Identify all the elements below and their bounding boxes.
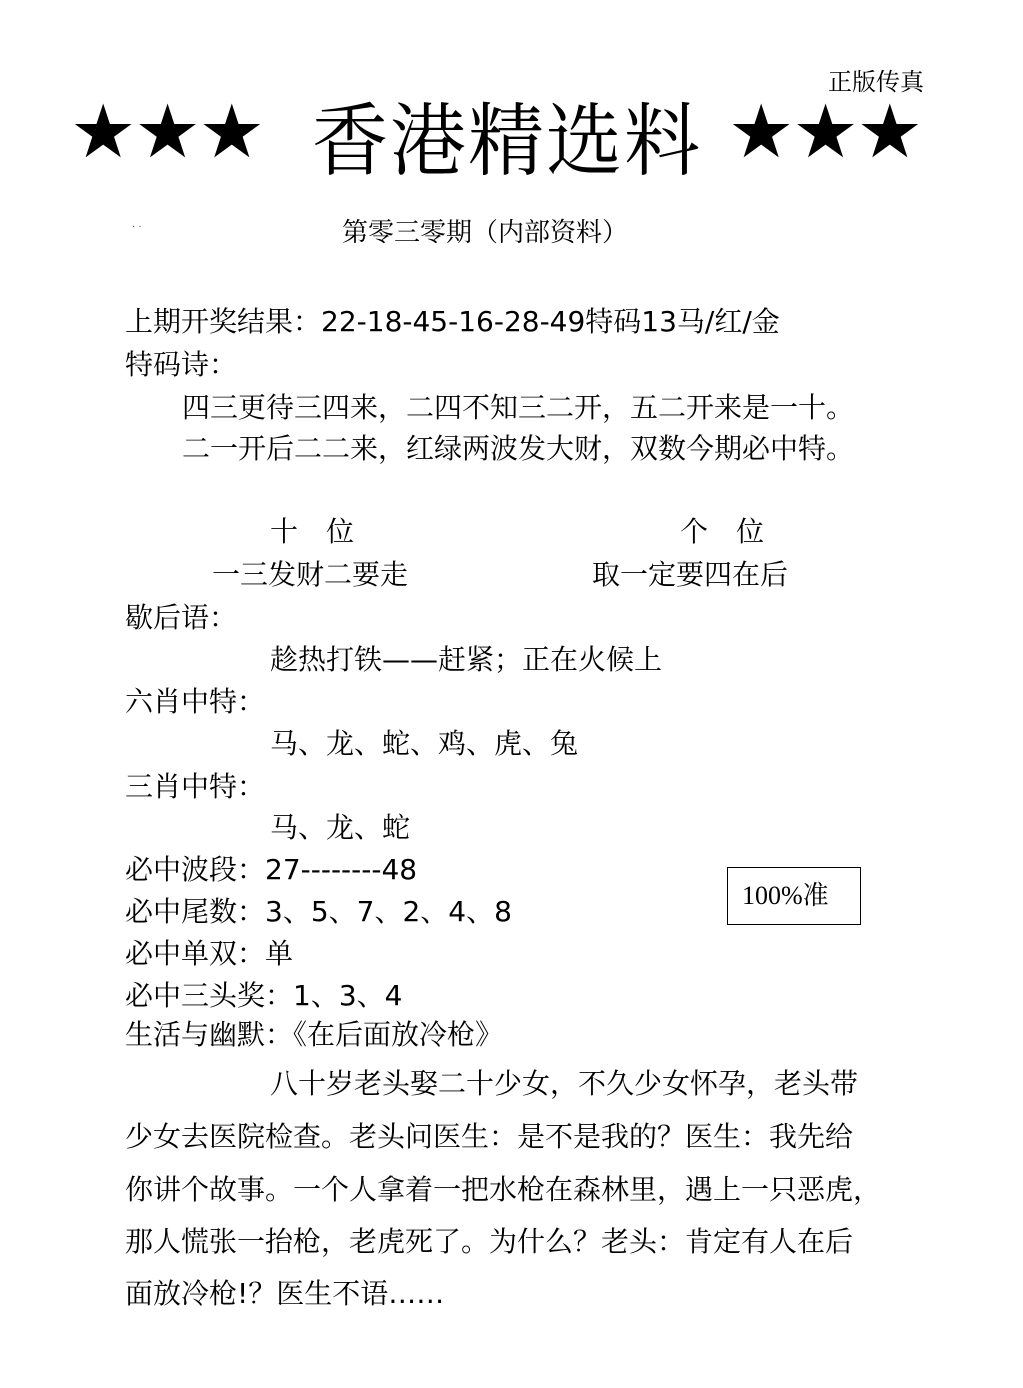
decorative-dots: · · <box>132 222 142 233</box>
poem-label: 特码诗： <box>125 348 237 382</box>
page-title: 香港精选料 <box>312 97 702 185</box>
accuracy-badge: 100%准 <box>727 867 861 925</box>
pick-label: 必中波段： <box>125 853 265 886</box>
three-zodiac-label: 三肖中特： <box>125 770 265 804</box>
six-zodiac-label: 六肖中特： <box>125 685 265 719</box>
poem-line: 二一开后二二来，红绿两波发大财，双数今期必中特。 <box>182 432 854 466</box>
pick-top-three: 必中三头奖：1、3、4 <box>125 979 402 1013</box>
xiehouyu-value: 趁热打铁——赶紧；正在火候上 <box>270 643 662 677</box>
pick-value: 单 <box>265 937 293 970</box>
story-line: 八十岁老头娶二十少女，不久少女怀孕，老头带 <box>270 1067 858 1101</box>
story-line: 那人慌张一抬枪，老虎死了。为什么？老头：肯定有人在后 <box>125 1225 853 1259</box>
star-icon-group-left: ★★★ <box>70 95 263 169</box>
pick-label: 必中尾数： <box>125 895 265 928</box>
tens-label: 十 位 <box>270 515 354 549</box>
title-banner: ★★★ 香港精选料 ★★★ <box>0 95 1023 185</box>
pick-wave-range: 必中波段：27--------48 <box>125 853 417 887</box>
three-zodiac-value: 马、龙、蛇 <box>270 811 410 845</box>
pick-value: 1、3、4 <box>293 979 402 1012</box>
pick-label: 必中三头奖： <box>125 979 293 1012</box>
pick-label: 必中单双： <box>125 937 265 970</box>
star-icon-group-right: ★★★ <box>728 95 921 169</box>
last-result-label: 上期开奖结果： <box>125 305 321 338</box>
tens-hint: 一三发财二要走 <box>212 558 408 592</box>
pick-value: 27--------48 <box>265 853 417 886</box>
six-zodiac-value: 马、龙、蛇、鸡、虎、兔 <box>270 727 578 761</box>
humor-title: 《在后面放冷枪》 <box>293 1018 503 1051</box>
humor-label: 生活与幽默： <box>125 1018 293 1051</box>
story-line: 你讲个故事。一个人拿着一把水枪在森林里，遇上一只恶虎， <box>125 1173 881 1207</box>
humor-heading: 生活与幽默：《在后面放冷枪》 <box>125 1018 503 1052</box>
pick-value: 3、5、7、2、4、8 <box>265 895 512 928</box>
pick-odd-even: 必中单双：单 <box>125 937 293 971</box>
units-hint: 取一定要四在后 <box>592 558 788 592</box>
poem-line: 四三更待三四来，二四不知三二开，五二开来是一十。 <box>182 391 854 425</box>
story-line: 面放冷枪!？医生不语…… <box>125 1277 444 1311</box>
last-result-value: 22-18-45-16-28-49特码13马/红/金 <box>321 305 780 338</box>
pick-tail-numbers: 必中尾数：3、5、7、2、4、8 <box>125 895 512 929</box>
units-label: 个 位 <box>680 515 764 549</box>
story-line: 少女去医院检查。老头问医生：是不是我的？医生：我先给 <box>125 1120 853 1154</box>
xiehouyu-label: 歇后语： <box>125 601 237 635</box>
last-result-line: 上期开奖结果：22-18-45-16-28-49特码13马/红/金 <box>125 305 780 339</box>
issue-subtitle: 第零三零期（内部资料） <box>342 212 628 249</box>
